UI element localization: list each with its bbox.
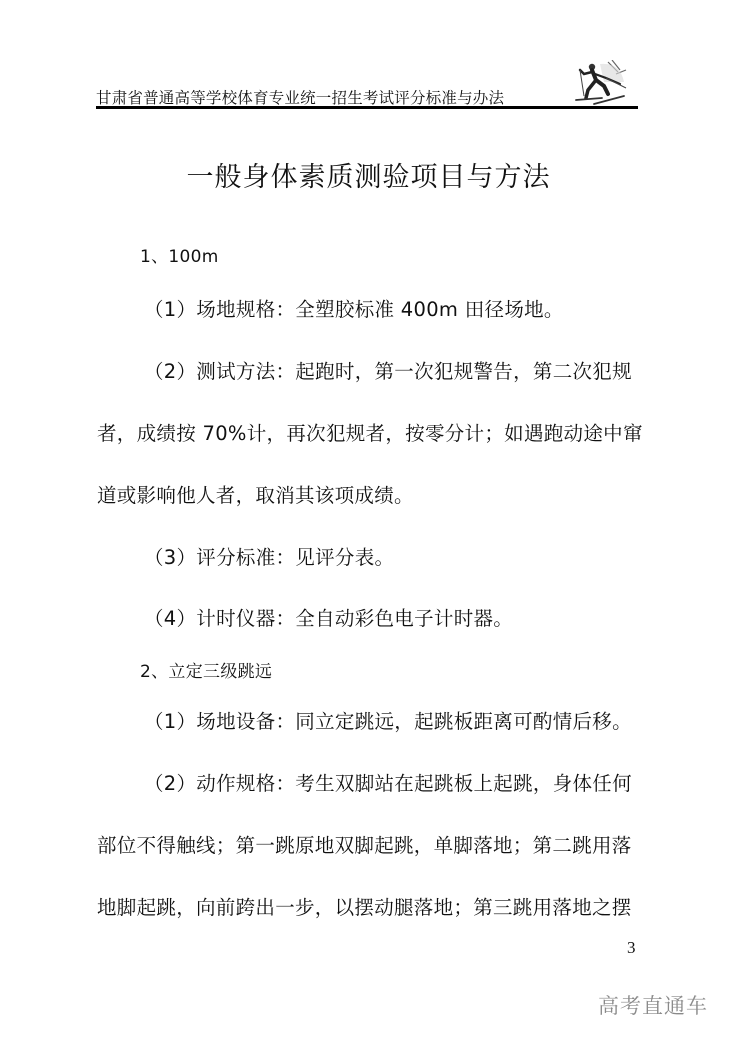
paragraph-line: （2）测试方法：起跑时，第一次犯规警告，第二次犯规 (144, 356, 632, 384)
paragraph-line: （1）场地规格：全塑胶标准 400m 田径场地。 (144, 294, 564, 322)
section-heading: 2、立定三级跳远 (140, 657, 272, 682)
paragraph-line: （2）动作规格：考生双脚站在起跳板上起跳，身体任何 (144, 768, 632, 796)
watermark: 高考直通车 (598, 990, 708, 1020)
page-number: 3 (627, 938, 636, 958)
paragraph-line: 部位不得触线；第一跳原地双脚起跳，单脚落地；第二跳用落 (97, 830, 632, 858)
paragraph-line: （3）评分标准：见评分表。 (144, 542, 394, 570)
header-divider (96, 106, 638, 109)
paragraph-line: 道或影响他人者，取消其该项成绩。 (97, 480, 414, 508)
paragraph-line: （1）场地设备：同立定跳远，起跳板距离可酌情后移。 (144, 706, 632, 734)
paragraph-line: （4）计时仪器：全自动彩色电子计时器。 (144, 603, 513, 631)
header-title: 甘肃省普通高等学校体育专业统一招生考试评分标准与办法 (96, 86, 504, 108)
skier-icon (574, 60, 632, 106)
page-header: 甘肃省普通高等学校体育专业统一招生考试评分标准与办法 (96, 58, 638, 108)
paragraph-line: 地脚起跳，向前跨出一步，以摆动腿落地；第三跳用落地之摆 (97, 892, 632, 920)
document-title: 一般身体素质测验项目与方法 (0, 155, 737, 194)
section-heading: 1、100m (140, 242, 219, 267)
paragraph-line: 者，成绩按 70%计，再次犯规者，按零分计；如遇跑动途中窜 (97, 418, 643, 446)
